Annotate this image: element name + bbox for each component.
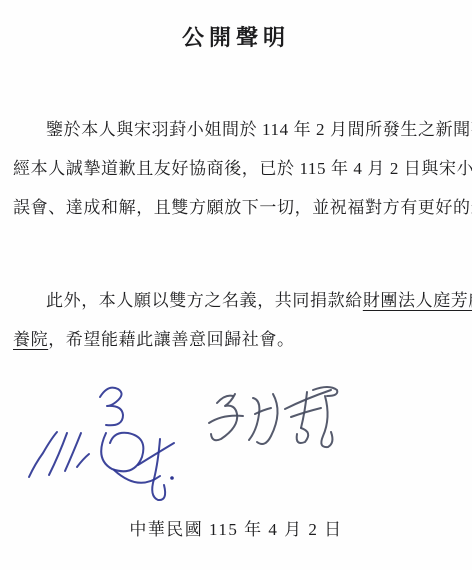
signature-left-handwriting bbox=[26, 370, 182, 512]
text-line: 鑒於本人與宋羽葑小姐間於 114 年 2 月間所發生之新聞事件， bbox=[13, 110, 460, 149]
text-line: 養院，希望能藉此讓善意回歸社會。 bbox=[13, 320, 460, 359]
text-line: 此外，本人願以雙方之名義，共同捐款給財團法人庭芳啟智教 bbox=[13, 281, 460, 320]
text-line: 經本人誠摯道歉且友好協商後，已於 115 年 4 月 2 日與宋小姐釐清 bbox=[13, 149, 460, 188]
text-segment: 經本人誠摯道歉且友好協商後，已於 115 年 4 月 2 日與宋小姐釐清 bbox=[13, 159, 472, 178]
paragraph-settlement: 鑒於本人與宋羽葑小姐間於 114 年 2 月間所發生之新聞事件，經本人誠摯道歉且… bbox=[13, 110, 460, 227]
text-segment: 此外，本人願以雙方之名義，共同捐款給 bbox=[46, 291, 363, 310]
signature-right-handwriting bbox=[197, 382, 343, 460]
text-line: 誤會、達成和解，且雙方願放下一切，並祝福對方有更好的未來。 bbox=[13, 188, 460, 227]
paragraph-donation: 此外，本人願以雙方之名義，共同捐款給財團法人庭芳啟智教養院，希望能藉此讓善意回歸… bbox=[13, 281, 460, 359]
statement-title: 公開聲明 bbox=[0, 21, 472, 52]
text-segment: ，希望能藉此讓善意回歸社會。 bbox=[48, 330, 294, 349]
underlined-text: 養院 bbox=[13, 330, 48, 349]
text-segment: 誤會、達成和解，且雙方願放下一切，並祝福對方有更好的未來。 bbox=[13, 198, 472, 217]
statement-page: 公開聲明 鑒於本人與宋羽葑小姐間於 114 年 2 月間所發生之新聞事件，經本人… bbox=[0, 0, 472, 570]
underlined-text: 財團法人庭芳啟智教 bbox=[363, 291, 472, 310]
date-line: 中華民國 115 年 4 月 2 日 bbox=[0, 515, 472, 540]
text-segment: 鑒於本人與宋羽葑小姐間於 114 年 2 月間所發生之新聞事件， bbox=[46, 120, 472, 139]
